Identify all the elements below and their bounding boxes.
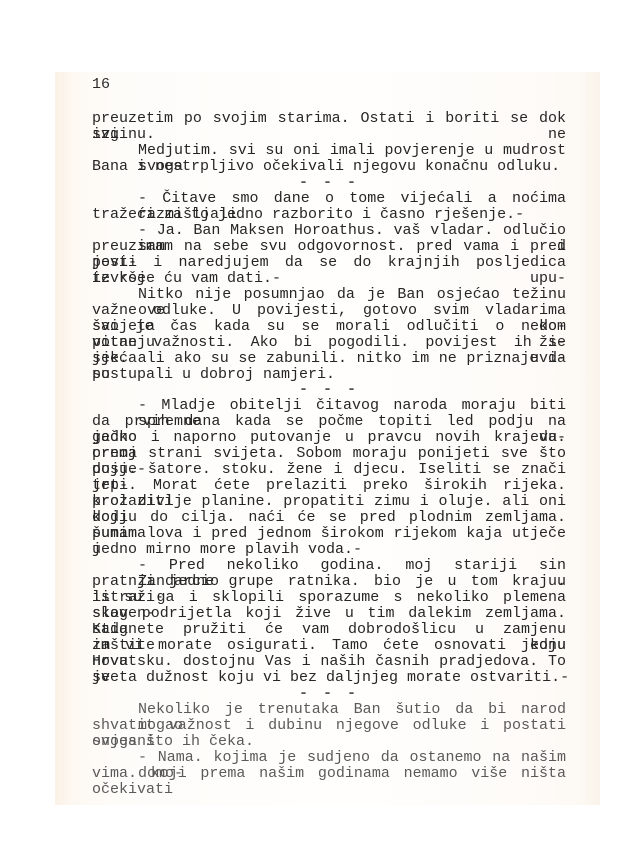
text-line: punim lova i pred jednom širokom rijekom…	[92, 526, 566, 542]
text-line: crnoj strani svijeta. Sobom moraju ponij…	[92, 446, 566, 462]
text-line: postupali u dobroj namjeri.	[92, 367, 566, 383]
text-line: jesti i naredjujem da se do krajnjih pos…	[92, 255, 566, 271]
text-line: preuzetim po svojim starima. Ostati i bo…	[92, 111, 566, 127]
text-line: pratnji jedne grupe ratnika. bio je u to…	[92, 574, 566, 590]
text-line: Hrvatsku. dostojnu Vas i naših časnih pr…	[92, 654, 566, 670]
text-line: shvatit važnost i dubinu njegove odluke …	[92, 718, 566, 734]
text-line: jeti. Morat ćete prelaziti preko širokih…	[92, 478, 566, 494]
text-line: - Čitave smo dane o tome vijećali a noći…	[92, 191, 566, 207]
section-separator: - - -	[92, 175, 566, 191]
text-line: - Ja. Ban Maksen Horoathus. vaš vladar. …	[92, 223, 566, 239]
text-line: - Mladje obitelji čitavog naroda moraju …	[92, 398, 566, 414]
text-line: - Pred nekoliko godina. moj stariji sin …	[92, 558, 566, 574]
text-line: da prvih dana kada se počme topiti led p…	[92, 414, 566, 430]
text-line: jedno mirno more plavih voda.-	[92, 542, 566, 558]
text-line: votne važnosti. Ako bi pogodili. povijes…	[92, 335, 566, 351]
section-separator: - - -	[92, 686, 566, 702]
text-line: šao je čas kada su se morali odlučiti o …	[92, 319, 566, 335]
text-line: gačko i naporno putovanje u pravcu novih…	[92, 430, 566, 446]
page-number: 16	[92, 76, 110, 93]
text-line: jek. ali ako su se zabunili. nitko im ne…	[92, 351, 566, 367]
text-line: Medjutim. svi su oni imali povjerenje u …	[92, 143, 566, 159]
text-line: tražeći za to jedno razborito i časno rj…	[92, 207, 566, 223]
text-line: onoga što ih čeka.	[92, 734, 566, 750]
text-line: važne odluke. U povijesti, gotovo svim v…	[92, 303, 566, 319]
text-line: Nekoliko je trenutaka Ban šutio da bi na…	[92, 702, 566, 718]
text-line: li su ga i sklopili sporazume s nekoliko…	[92, 590, 566, 606]
text-line: - Nama. kojima je sudjeno da ostanemo na…	[92, 750, 566, 766]
text-line: Bana i nestrpljivo očekivali njegovu kon…	[92, 159, 566, 175]
text-line: stignete pružiti će vam dobrodošlicu u z…	[92, 622, 566, 638]
text-line: skog podrijetla koji žive u tim dalekim …	[92, 606, 566, 622]
text-line: kroz divlje planine. propatiti zimu i ol…	[92, 494, 566, 510]
text-line: im vi morate osigurati. Tamo ćete osnova…	[92, 638, 566, 654]
text-line: duju. šatore. stoku. žene i djecu. Iseli…	[92, 462, 566, 478]
section-separator: - - -	[92, 382, 566, 398]
body-text: preuzetim po svojim starima. Ostati i bo…	[92, 111, 566, 782]
text-line: sveta dužnost koju vi bez daljnjeg morat…	[92, 670, 566, 686]
text-line: vima. koji prema našim godinama nemamo v…	[92, 766, 566, 782]
text-line: dodju do cilja. naći će se pred plodnim …	[92, 510, 566, 526]
text-line: preuzimam na sebe svu odgovornost. pred …	[92, 239, 566, 255]
text-line: Nitko nije posumnjao da je Ban osjećao t…	[92, 287, 566, 303]
